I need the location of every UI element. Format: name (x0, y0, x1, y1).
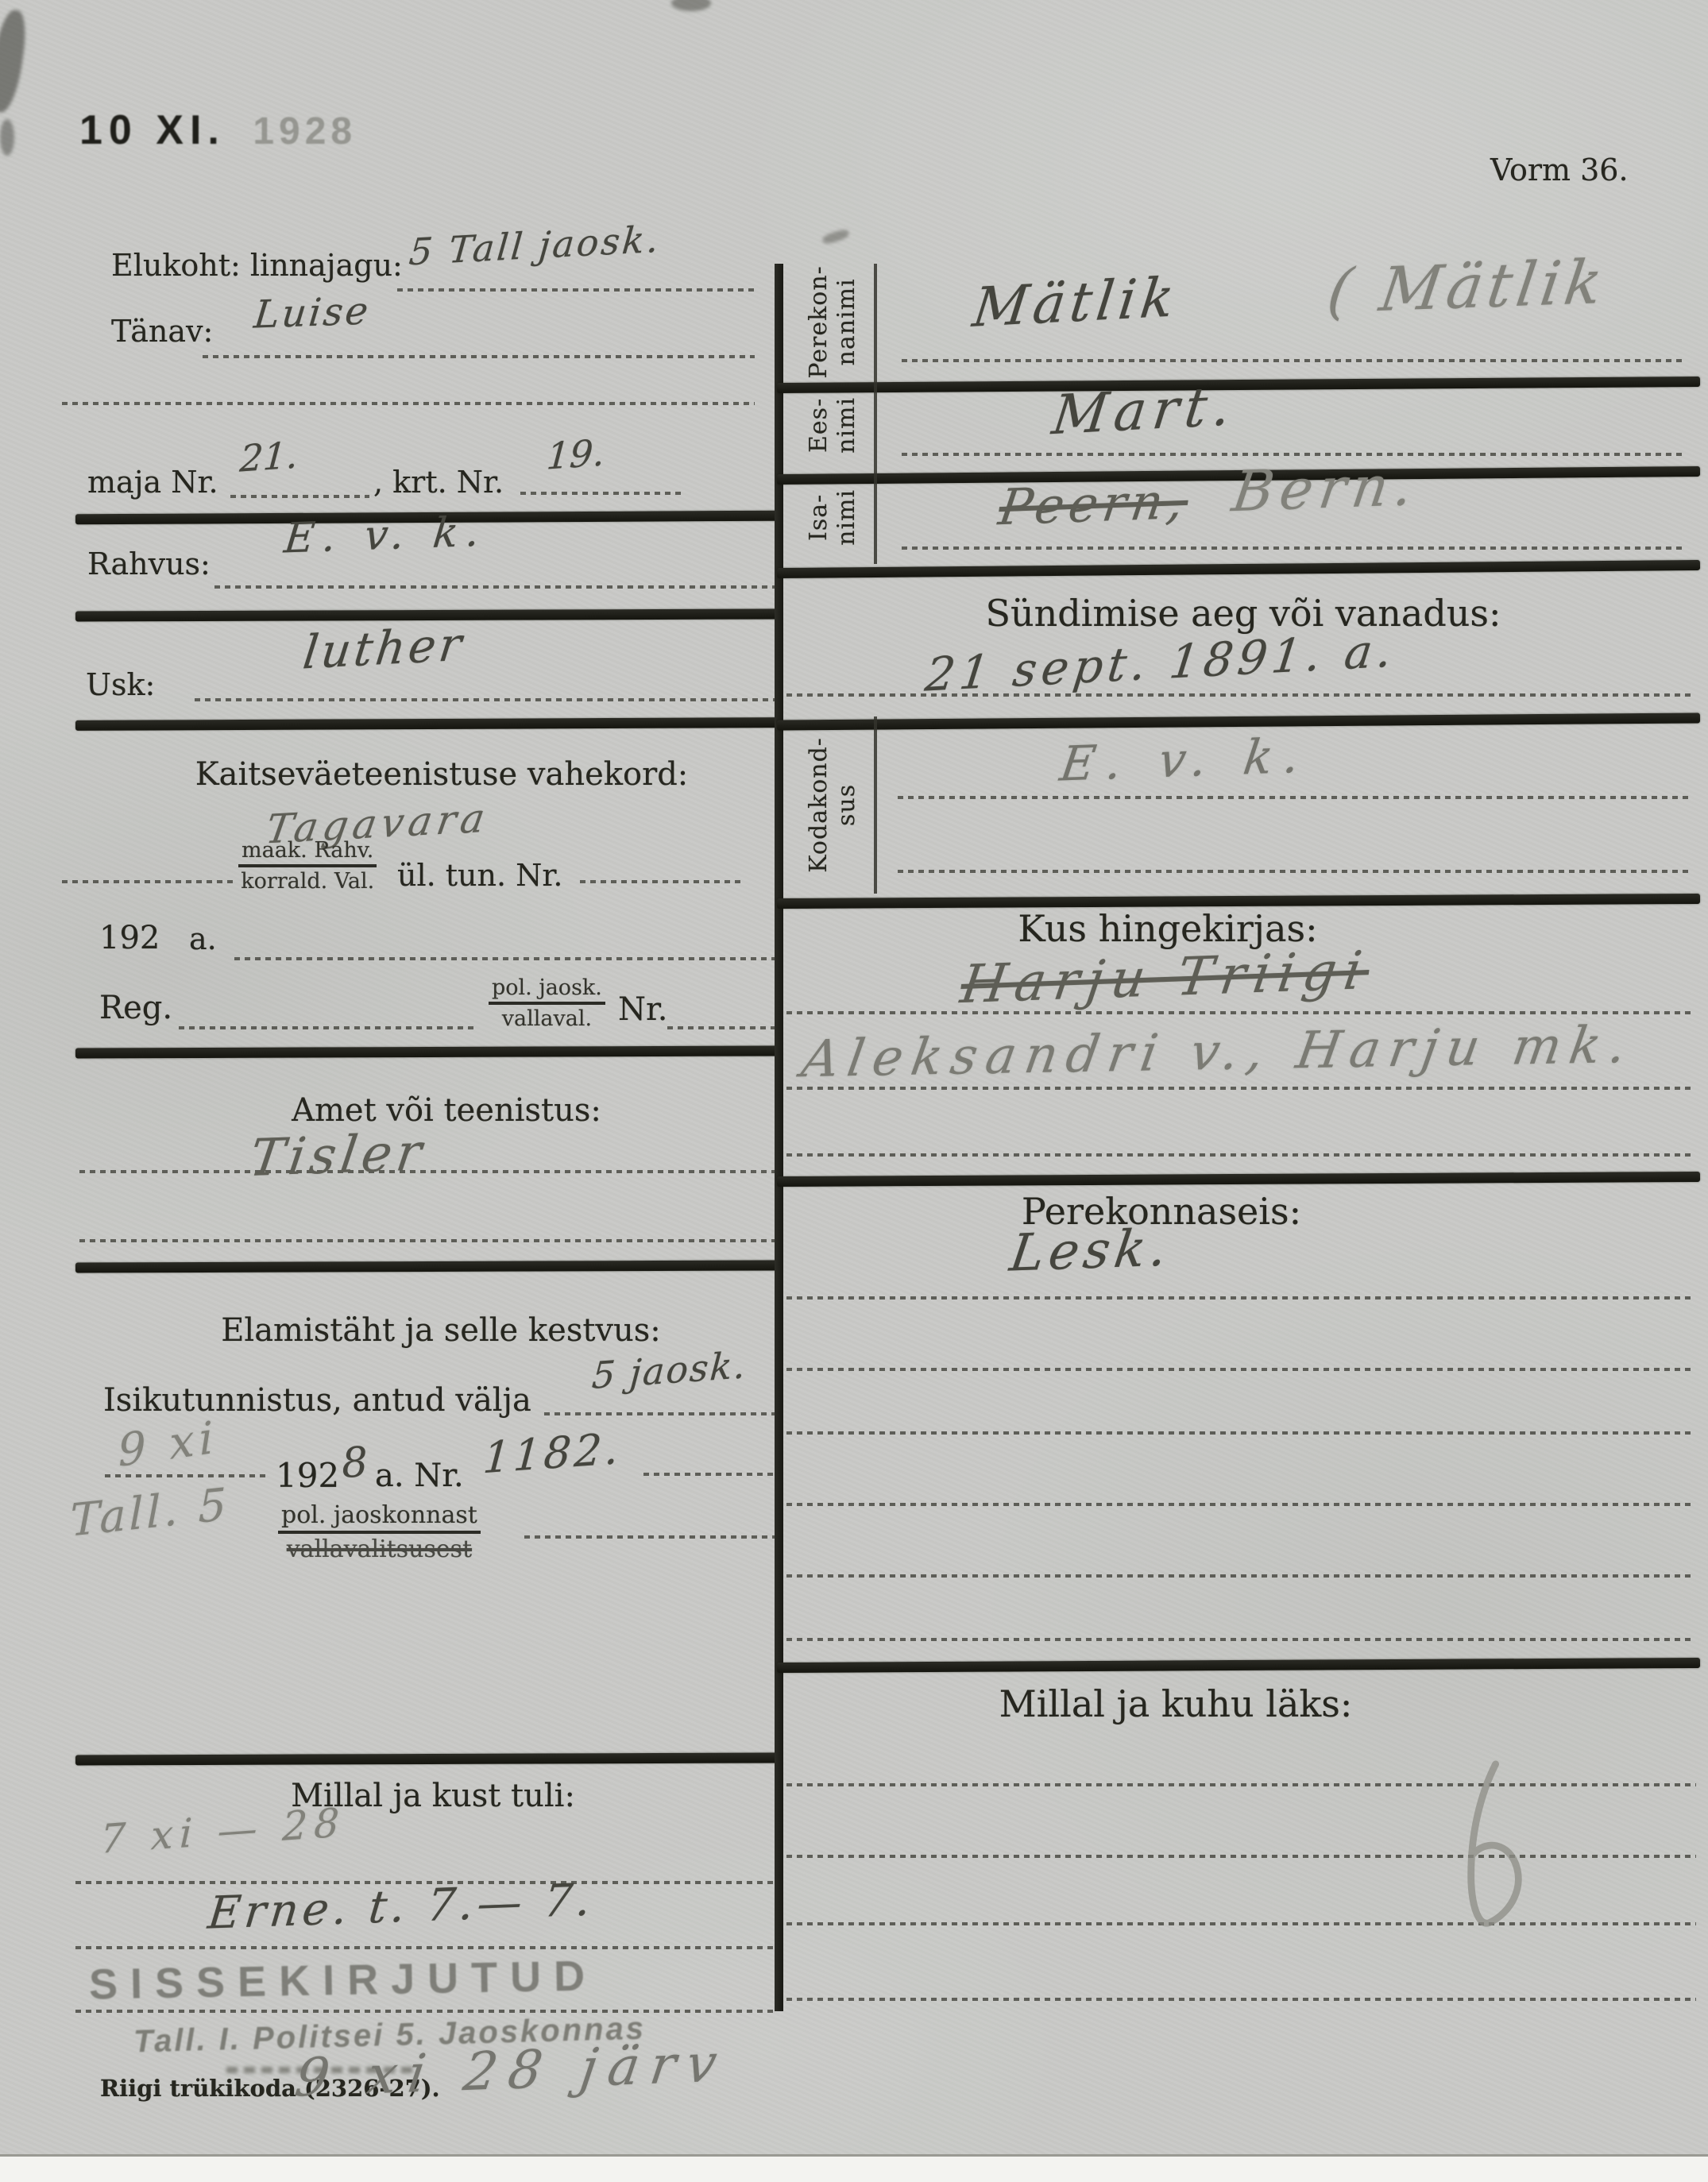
fathername-label-line1: Isa- (805, 489, 833, 546)
registry-value: Aleksandri v., Harju mk. (798, 1016, 1639, 1089)
label-divider (874, 470, 877, 564)
label-divider (874, 264, 877, 380)
id-year-printed: 192 (276, 1456, 339, 1495)
rule-line (777, 560, 1700, 578)
dotted-line (79, 1239, 775, 1242)
street-value: Luise (252, 288, 373, 337)
fathername-label-line2: nimi (833, 489, 860, 546)
registry-struck-value: Harju Triigi (957, 940, 1374, 1015)
issuer-frac-bottom: vallavalitsusest (278, 1534, 481, 1563)
label-divider (874, 380, 877, 470)
form-number: Vorm 36. (1490, 153, 1629, 187)
id-year-hw: 8 (340, 1439, 369, 1488)
rule-line (777, 1658, 1700, 1673)
rule-line (777, 1172, 1700, 1187)
occupation-value: Tisler (246, 1123, 430, 1188)
dotted-line (234, 957, 775, 960)
dotted-line (786, 1153, 1692, 1157)
reg-frac-bottom: vallaval. (489, 1005, 605, 1031)
issuer-fraction: pol. jaoskonnast vallavalitsusest (278, 1501, 481, 1563)
citizenship-label-line1: Kodakond- (805, 737, 833, 873)
street-label: Tänav: (111, 314, 213, 349)
citizenship-value: E. v. k. (1057, 728, 1314, 792)
rule-line (75, 1045, 777, 1058)
dotted-line (786, 1368, 1694, 1371)
dotted-line (786, 1503, 1694, 1506)
reg-frac-top: pol. jaosk. (489, 975, 605, 1005)
citizenship-label: Kodakond- sus (793, 716, 872, 894)
dotted-line (105, 1474, 269, 1477)
dotted-line (580, 880, 743, 883)
scan-smudge (821, 228, 850, 245)
scanned-registration-card: Vorm 36. 10 XI. 1928 Elukoht: linnajagu:… (0, 0, 1708, 2182)
dotted-line (179, 1026, 477, 1029)
registered-stamp-line1: SISSEKIRJUTUD (89, 1951, 598, 2009)
dotted-line (230, 495, 369, 498)
dotted-line (786, 1783, 1696, 1786)
dotted-line (397, 288, 755, 292)
year-prefix: 192 (99, 920, 160, 956)
apartment-value: 19. (545, 431, 606, 478)
reg-nr-label: Nr. (618, 991, 667, 1028)
birth-title: Sündimise aeg või vanadus: (985, 592, 1501, 635)
surname-label: Perekon- nanimi (793, 264, 872, 380)
dotted-line (214, 585, 775, 589)
dotted-line (786, 1998, 1696, 2001)
dotted-line (902, 359, 1684, 362)
label-divider (874, 716, 877, 894)
dotted-line (203, 355, 755, 358)
dotted-line (667, 1026, 775, 1029)
apartment-label: , krt. Nr. (373, 465, 504, 500)
rule-line (75, 717, 777, 731)
military-cert-label: ül. tun. Nr. (397, 858, 562, 893)
rule-line (75, 1752, 777, 1765)
birth-value: 21 sept. 1891. a. (922, 623, 1400, 702)
occupation-title: Amet või teenistus: (292, 1092, 601, 1129)
dotted-line (524, 1535, 775, 1539)
citizenship-label-line2: sus (833, 737, 860, 873)
dotted-line (786, 1431, 1694, 1435)
dotted-line (786, 1574, 1694, 1578)
arrival-date-pencil: 7 xi — 28 (99, 1799, 346, 1863)
firstname-label-line2: nimi (833, 397, 860, 454)
reg-issuer-fraction: pol. jaosk. vallaval. (489, 975, 605, 1031)
surname-label-line1: Perekon- (805, 265, 833, 378)
scan-smudge (0, 8, 29, 114)
reg-label: Reg. (99, 990, 172, 1026)
fathername-value-struck: Peern, (995, 472, 1192, 537)
issuer-frac-top: pol. jaoskonnast (278, 1501, 481, 1534)
military-frac-bottom: korrald. Val. (238, 867, 377, 894)
dotted-line (62, 402, 755, 405)
house-value: 21. (238, 433, 299, 481)
religion-value: luther (300, 616, 468, 679)
dotted-line (902, 546, 1684, 550)
dotted-line (75, 1946, 775, 1949)
id-label: Isikutunnistus, antud välja (103, 1382, 531, 1419)
paper-sheet: Vorm 36. 10 XI. 1928 Elukoht: linnajagu:… (0, 0, 1708, 2157)
id-number-value: 1182. (481, 1423, 624, 1484)
dotted-line (786, 1638, 1694, 1641)
dotted-line (643, 1473, 775, 1476)
firstname-value: Mart. (1049, 375, 1240, 448)
nationality-label: Rahvus: (87, 546, 211, 581)
dotted-line (195, 698, 775, 701)
firstname-label: Ees- nimi (793, 380, 872, 470)
date-stamp: 10 XI. 1928 (79, 106, 357, 154)
dotted-line (786, 693, 1692, 697)
nationality-value: E. v. k. (282, 508, 490, 562)
dotted-line (786, 1855, 1696, 1858)
military-title: Kaitseväeteenistuse vahekord: (195, 756, 689, 793)
id-date-pencil: 9 xi (117, 1412, 218, 1477)
year-suffix: a. (189, 921, 217, 956)
date-stamp-year: 1928 (253, 110, 357, 153)
id-issuer-value: 5 jaosk. (590, 1343, 748, 1397)
surname-value-pencil: ( Mätlik (1324, 246, 1612, 327)
dotted-line (520, 492, 683, 495)
dotted-line (786, 1296, 1694, 1300)
religion-label: Usk: (86, 667, 155, 702)
district-pencil: Tall. 5 (71, 1478, 230, 1547)
rule-line (75, 1260, 777, 1273)
dotted-line (902, 453, 1684, 456)
dotted-line (75, 2010, 775, 2013)
scanner-background (0, 2157, 1708, 2182)
fathername-label: Isa- nimi (793, 470, 872, 564)
military-frac-top: maak. Rahv. (238, 838, 377, 867)
permit-title: Elamistäht ja selle kestvus: (221, 1312, 661, 1349)
military-issuer-fraction: maak. Rahv. korrald. Val. (238, 838, 377, 894)
pencil-mark (1422, 1759, 1541, 1934)
residence-label: Elukoht: linnajagu: (111, 248, 403, 283)
dotted-line (62, 880, 234, 883)
dotted-line (79, 1170, 775, 1173)
dotted-line (544, 1412, 775, 1415)
id-a-nr-label: a. Nr. (375, 1458, 464, 1494)
date-stamp-day: 10 XI. (79, 107, 226, 153)
firstname-label-line1: Ees- (805, 397, 833, 454)
dotted-line (786, 1087, 1692, 1090)
marital-value: Lesk. (1007, 1218, 1176, 1283)
house-label: maja Nr. (87, 465, 218, 500)
surname-label-line2: nanimi (833, 265, 860, 378)
residence-value: 5 Tall jaosk. (408, 218, 663, 274)
scan-smudge (671, 0, 711, 11)
fathername-value-pencil: Bern. (1228, 453, 1423, 525)
scan-smudge (0, 119, 14, 156)
departure-title: Millal ja kuhu läks: (999, 1682, 1353, 1725)
dotted-line (898, 796, 1688, 799)
dotted-line (898, 870, 1688, 873)
column-divider (775, 264, 783, 2011)
surname-value-ink: Mätlik (969, 266, 1182, 340)
dotted-line (786, 1011, 1692, 1014)
rule-line (777, 713, 1700, 730)
dotted-line (786, 1922, 1696, 1925)
